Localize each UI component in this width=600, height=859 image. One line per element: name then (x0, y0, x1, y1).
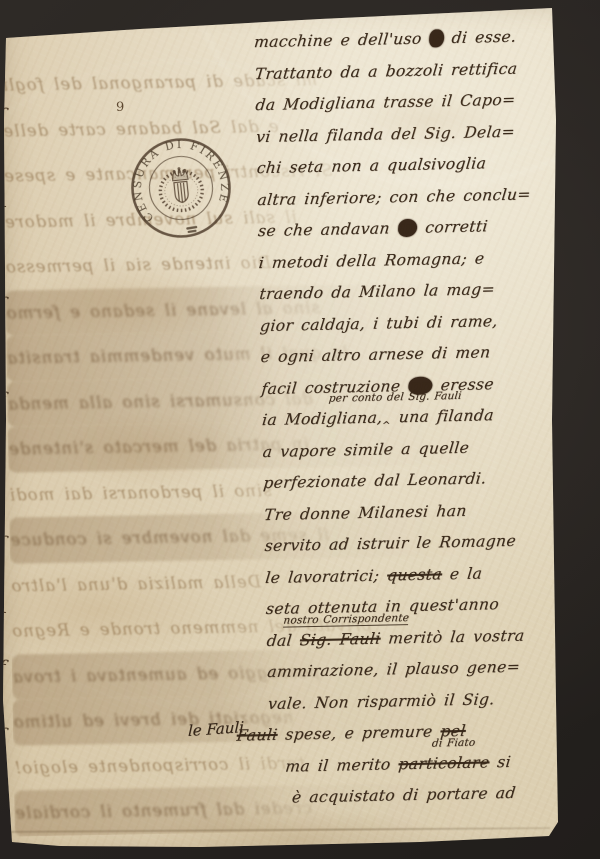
scanned-manuscript-page: mi scade di parangonal del foglie dal Sa… (0, 0, 600, 859)
page-number: 9 (116, 100, 125, 115)
edge-ink-fragment: ) (0, 460, 7, 483)
edge-ink-fragment: t (0, 604, 7, 627)
paper-sheet: mi scade di parangonal del foglie dal Sa… (0, 0, 600, 859)
interlinear-insertion: per conto del Sig. Fauli (328, 391, 462, 404)
edge-ink-fragment: ſ (0, 532, 7, 555)
shield-icon (174, 181, 189, 203)
censura-stamp: CENSURA DI FIRENZE (123, 130, 239, 246)
interlinear-insertion: nostro Corrispondente (283, 613, 410, 628)
manuscript-line: è acquistato di portare ad (290, 777, 565, 814)
edge-ink-fragment: f (0, 656, 7, 679)
crown-icon (171, 167, 188, 181)
edge-ink-fragment: f (0, 388, 7, 411)
edge-ink-fragment: ſ (0, 724, 7, 747)
interlinear-insertion: di Fiato (431, 737, 475, 748)
stamp-smudge (186, 226, 198, 234)
manuscript-lines: macchine e dell'uso p di esse.Trattanto … (254, 21, 564, 814)
